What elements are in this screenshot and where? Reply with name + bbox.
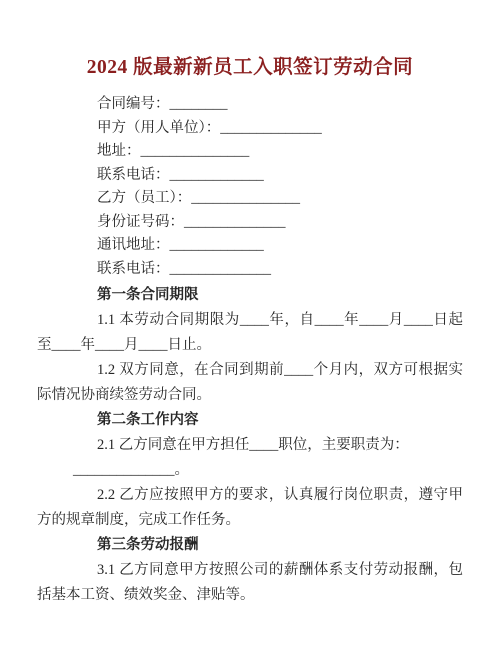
field-blank-line: ______________ (220, 120, 322, 136)
contract-section: 第三条劳动报酬 3.1 乙方同意甲方按照公司的薪酬体系支付劳动报酬，包括基本工资… (37, 533, 463, 608)
contract-paragraph: ______________。 (37, 458, 463, 483)
header-fields-block: 合同编号：________ 甲方（用人单位）：______________ 地址… (37, 93, 463, 281)
contract-paragraph: 3.1 乙方同意甲方按照公司的薪酬体系支付劳动报酬，包括基本工资、绩效奖金、津贴… (37, 558, 463, 608)
contract-paragraph: 1.2 双方同意，在合同到期前____个月内，双方可根据实际情况协商续签劳动合同… (37, 358, 463, 408)
field-label: 通讯地址： (97, 237, 170, 253)
field-label: 联系电话： (97, 261, 170, 277)
field-label: 地址： (97, 143, 141, 159)
field-label: 甲方（用人单位）： (97, 120, 220, 136)
section-heading: 第二条工作内容 (37, 408, 463, 433)
field-row: 乙方（员工）：_______________ (37, 187, 463, 211)
contract-body: 第一条合同期限 1.1 本劳动合同期限为____年，自____年____月___… (37, 283, 463, 608)
field-label: 联系电话： (97, 167, 170, 183)
contract-section: 第二条工作内容 2.1 乙方同意在甲方担任____职位，主要职责为： _____… (37, 408, 463, 533)
field-label: 身份证号码： (97, 214, 184, 230)
field-blank-line: ______________ (170, 261, 272, 277)
field-label: 乙方（员工）： (97, 190, 191, 206)
contract-document-page: 2024 版最新新员工入职签订劳动合同 合同编号：________ 甲方（用人单… (0, 0, 500, 647)
field-blank-line: ______________ (184, 214, 286, 230)
document-title: 2024 版最新新员工入职签订劳动合同 (37, 54, 463, 81)
field-blank-line: _____________ (170, 167, 264, 183)
section-heading: 第一条合同期限 (37, 283, 463, 308)
field-row: 通讯地址：_____________ (37, 234, 463, 258)
field-row: 联系电话：______________ (37, 258, 463, 282)
field-blank-line: _______________ (141, 143, 250, 159)
contract-section: 第一条合同期限 1.1 本劳动合同期限为____年，自____年____月___… (37, 283, 463, 408)
field-blank-line: _______________ (191, 190, 300, 206)
field-blank-line: ________ (170, 96, 228, 112)
field-label: 合同编号： (97, 96, 170, 112)
field-row: 身份证号码：______________ (37, 211, 463, 235)
section-heading: 第三条劳动报酬 (37, 533, 463, 558)
contract-paragraph: 1.1 本劳动合同期限为____年，自____年____月____日起至____… (37, 308, 463, 358)
field-row: 甲方（用人单位）：______________ (37, 117, 463, 141)
field-blank-line: _____________ (170, 237, 264, 253)
field-row: 合同编号：________ (37, 93, 463, 117)
field-row: 联系电话：_____________ (37, 164, 463, 188)
contract-paragraph: 2.2 乙方应按照甲方的要求，认真履行岗位职责，遵守甲方的规章制度，完成工作任务… (37, 483, 463, 533)
contract-paragraph: 2.1 乙方同意在甲方担任____职位，主要职责为： (37, 433, 463, 458)
field-row: 地址：_______________ (37, 140, 463, 164)
